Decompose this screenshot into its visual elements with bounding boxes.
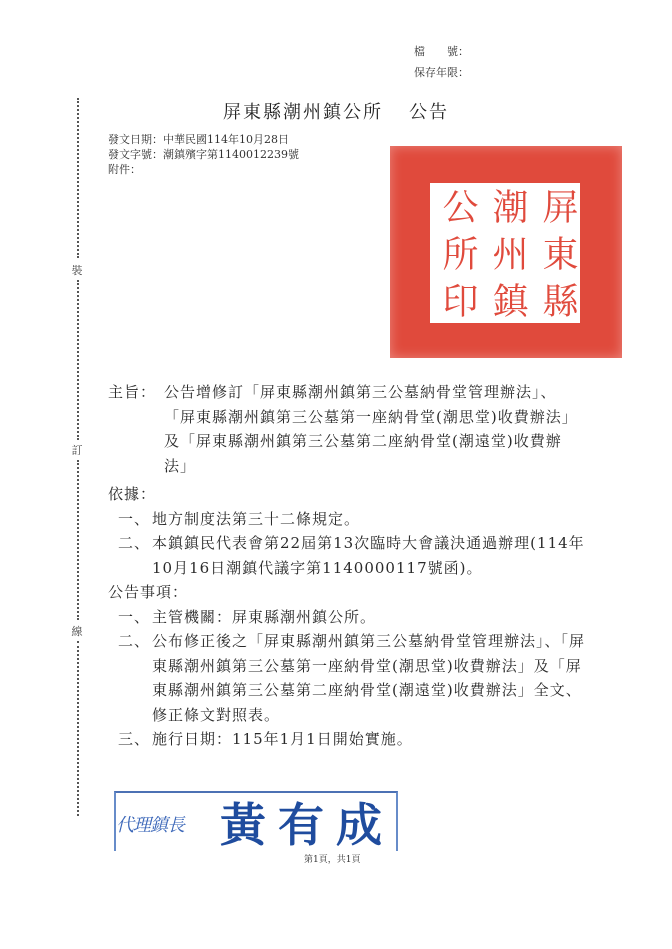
item-number: 一、 <box>108 507 152 532</box>
announcement-item: 一、 主管機關：屏東縣潮州鎮公所。 <box>108 605 588 630</box>
document-type: 公告 <box>409 102 449 123</box>
announcement-label: 公告事項： <box>108 580 588 605</box>
document-title: 屏東縣潮州鎮公所公告 <box>0 98 672 124</box>
binding-line: 裝 訂 線 <box>74 98 82 818</box>
item-number: 二、 <box>108 629 152 727</box>
binding-mark-zhuang: 裝 <box>69 262 85 278</box>
attachment-label: 附件： <box>108 163 141 176</box>
item-text: 施行日期：115年1月1日開始實施。 <box>152 727 588 752</box>
seal-char: 潮 <box>480 183 530 230</box>
subject-section: 主旨： 公告增修訂「屏東縣潮州鎮第三公墓納骨堂管理辦法」、「屏東縣潮州鎮第三公墓… <box>108 380 578 478</box>
file-metadata: 檔 號： 保存年限： <box>414 41 469 83</box>
signature-stamp: 代理鎮長 黃有成 <box>108 783 398 861</box>
seal-char: 所 <box>430 230 480 277</box>
binding-mark-ding: 訂 <box>69 442 85 458</box>
seal-char: 東 <box>530 230 580 277</box>
retention-period-label: 保存年限： <box>414 62 469 83</box>
subject-text: 公告增修訂「屏東縣潮州鎮第三公墓納骨堂管理辦法」、「屏東縣潮州鎮第三公墓第一座納… <box>164 380 578 478</box>
seal-char: 縣 <box>530 276 580 323</box>
signature-title: 代理鎮長 <box>116 811 184 837</box>
binding-dots <box>77 460 79 620</box>
official-seal: 屏 東 縣 潮 州 鎮 公 所 印 <box>390 146 622 358</box>
signature-name: 黃有成 <box>220 789 394 855</box>
item-number: 一、 <box>108 605 152 630</box>
issue-number-label: 發文字號： <box>108 148 163 161</box>
seal-inscription: 屏 東 縣 潮 州 鎮 公 所 印 <box>430 183 580 323</box>
seal-char: 鎮 <box>480 276 530 323</box>
item-text: 公布修正後之「屏東縣潮州鎮第三公墓納骨堂管理辦法」、「屏東縣潮州鎮第三公墓第一座… <box>152 629 588 727</box>
basis-item: 一、 地方制度法第三十二條規定。 <box>108 507 588 532</box>
file-number-label: 檔 號： <box>414 41 469 62</box>
basis-label: 依據： <box>108 482 588 507</box>
seal-char: 印 <box>430 276 480 323</box>
issue-info: 發文日期：中華民國114年10月28日 發文字號：潮鎮殯字第1140012239… <box>108 132 299 177</box>
item-text: 主管機關：屏東縣潮州鎮公所。 <box>152 605 588 630</box>
issue-date-value: 中華民國114年10月28日 <box>163 133 289 146</box>
subject-label: 主旨： <box>108 380 156 405</box>
issue-number-value: 潮鎮殯字第1140012239號 <box>163 148 299 161</box>
item-text: 本鎮鎮民代表會第22屆第13次臨時大會議決通過辦理(114年10月16日潮鎮代議… <box>152 531 588 580</box>
item-text: 地方制度法第三十二條規定。 <box>152 507 588 532</box>
seal-char: 屏 <box>530 183 580 230</box>
binding-mark-xian: 線 <box>69 623 85 639</box>
binding-dots <box>77 280 79 440</box>
body-sections: 依據： 一、 地方制度法第三十二條規定。 二、 本鎮鎮民代表會第22屆第13次臨… <box>108 482 588 752</box>
seal-char: 州 <box>480 230 530 277</box>
seal-char: 公 <box>430 183 480 230</box>
item-number: 二、 <box>108 531 152 580</box>
announcement-item: 二、 公布修正後之「屏東縣潮州鎮第三公墓納骨堂管理辦法」、「屏東縣潮州鎮第三公墓… <box>108 629 588 727</box>
page-number: 第1頁，共1頁 <box>304 852 360 865</box>
basis-item: 二、 本鎮鎮民代表會第22屆第13次臨時大會議決通過辦理(114年10月16日潮… <box>108 531 588 580</box>
item-number: 三、 <box>108 727 152 752</box>
announcement-item: 三、 施行日期：115年1月1日開始實施。 <box>108 727 588 752</box>
issue-date-label: 發文日期： <box>108 133 163 146</box>
binding-dots <box>77 641 79 816</box>
office-name: 屏東縣潮州鎮公所 <box>223 102 383 123</box>
